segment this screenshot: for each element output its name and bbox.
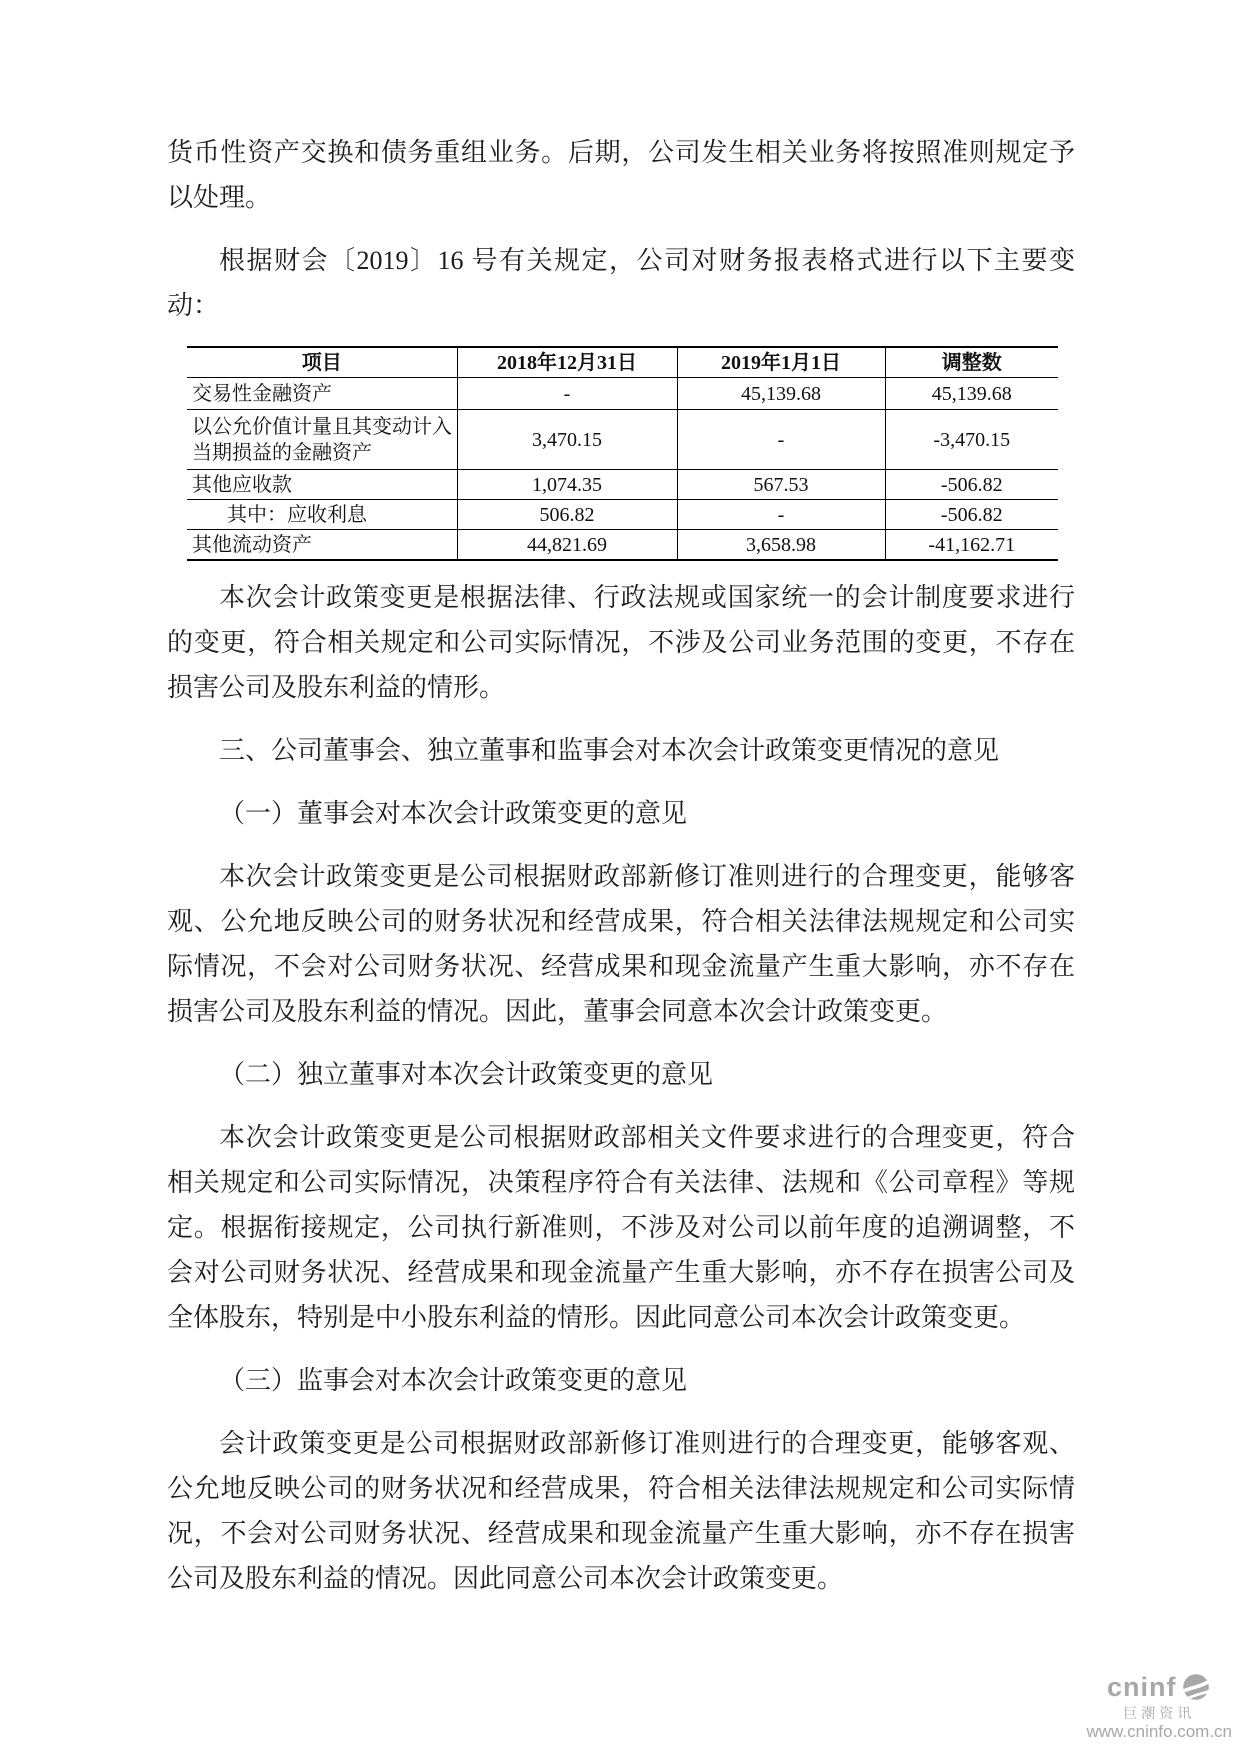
cell-2019: 45,139.68 xyxy=(677,378,885,410)
table-row: 其中：应收利息 506.82 - -506.82 xyxy=(187,500,1058,530)
cell-adjustment: -41,162.71 xyxy=(885,530,1058,561)
cninfo-url: www.cninfo.com.cn xyxy=(1087,1723,1233,1740)
subsection2-heading: （二）独立董事对本次会计政策变更的意见 xyxy=(167,1052,1075,1097)
cell-2019: - xyxy=(677,500,885,530)
table-row: 交易性金融资产 - 45,139.68 45,139.68 xyxy=(187,378,1058,410)
paragraph-supervisors-opinion: 会计政策变更是公司根据财政部新修订准则进行的合理变更，能够客观、公允地反映公司的… xyxy=(167,1421,1075,1601)
cninfo-logo: cninf xyxy=(1107,1671,1212,1703)
paragraph-intro-continuation: 货币性资产交换和债务重组业务。后期，公司发生相关业务将按照准则规定予以处理。 xyxy=(167,130,1075,220)
cell-2019: - xyxy=(677,410,885,470)
cell-adjustment: -506.82 xyxy=(885,500,1058,530)
cninfo-globe-icon xyxy=(1180,1671,1212,1703)
cell-2019: 567.53 xyxy=(677,470,885,500)
cell-2019: 3,658.98 xyxy=(677,530,885,561)
cell-item: 以公允价值计量且其变动计入当期损益的金融资产 xyxy=(187,410,457,470)
cninfo-brand-cn: 巨潮资讯 xyxy=(1123,1706,1195,1720)
cell-2018: 3,470.15 xyxy=(457,410,677,470)
paragraph-board-opinion: 本次会计政策变更是公司根据财政部新修订准则进行的合理变更，能够客观、公允地反映公… xyxy=(167,854,1075,1034)
column-header-adjustment: 调整数 xyxy=(885,347,1058,378)
cell-2018: 44,821.69 xyxy=(457,530,677,561)
cninfo-logo-text: cninf xyxy=(1107,1674,1177,1701)
subsection1-heading: （一）董事会对本次会计政策变更的意见 xyxy=(167,791,1075,836)
cell-adjustment: -3,470.15 xyxy=(885,410,1058,470)
subsection3-heading: （三）监事会对本次会计政策变更的意见 xyxy=(167,1358,1075,1403)
cell-adjustment: -506.82 xyxy=(885,470,1058,500)
cell-item: 其他应收款 xyxy=(187,470,457,500)
paragraph-independent-directors-opinion: 本次会计政策变更是公司根据财政部相关文件要求进行的合理变更，符合相关规定和公司实… xyxy=(167,1115,1075,1340)
document-page: 货币性资产交换和债务重组业务。后期，公司发生相关业务将按照准则规定予以处理。 根… xyxy=(0,0,1241,1754)
cell-item: 其他流动资产 xyxy=(187,530,457,561)
document-body: 货币性资产交换和债务重组业务。后期，公司发生相关业务将按照准则规定予以处理。 根… xyxy=(167,130,1075,1619)
column-header-2018: 2018年12月31日 xyxy=(457,347,677,378)
cell-adjustment: 45,139.68 xyxy=(885,378,1058,410)
paragraph-after-table: 本次会计政策变更是根据法律、行政法规或国家统一的会计制度要求进行的变更，符合相关… xyxy=(167,575,1075,710)
table-row: 其他流动资产 44,821.69 3,658.98 -41,162.71 xyxy=(187,530,1058,561)
cell-2018: 1,074.35 xyxy=(457,470,677,500)
paragraph-table-intro: 根据财会〔2019〕16 号有关规定，公司对财务报表格式进行以下主要变动： xyxy=(167,238,1075,328)
table-row: 以公允价值计量且其变动计入当期损益的金融资产 3,470.15 - -3,470… xyxy=(187,410,1058,470)
cell-item: 交易性金融资产 xyxy=(187,378,457,410)
column-header-item: 项目 xyxy=(187,347,457,378)
table-row: 其他应收款 1,074.35 567.53 -506.82 xyxy=(187,470,1058,500)
cell-2018: 506.82 xyxy=(457,500,677,530)
cell-item: 其中：应收利息 xyxy=(187,500,457,530)
cell-2018: - xyxy=(457,378,677,410)
financial-changes-table: 项目 2018年12月31日 2019年1月1日 调整数 交易性金融资产 - 4… xyxy=(187,346,1058,561)
column-header-2019: 2019年1月1日 xyxy=(677,347,885,378)
section3-heading: 三、公司董事会、独立董事和监事会对本次会计政策变更情况的意见 xyxy=(167,728,1075,773)
cninfo-watermark: cninf 巨潮资讯 www.cninfo.com.cn xyxy=(1087,1671,1233,1740)
table-header-row: 项目 2018年12月31日 2019年1月1日 调整数 xyxy=(187,347,1058,378)
